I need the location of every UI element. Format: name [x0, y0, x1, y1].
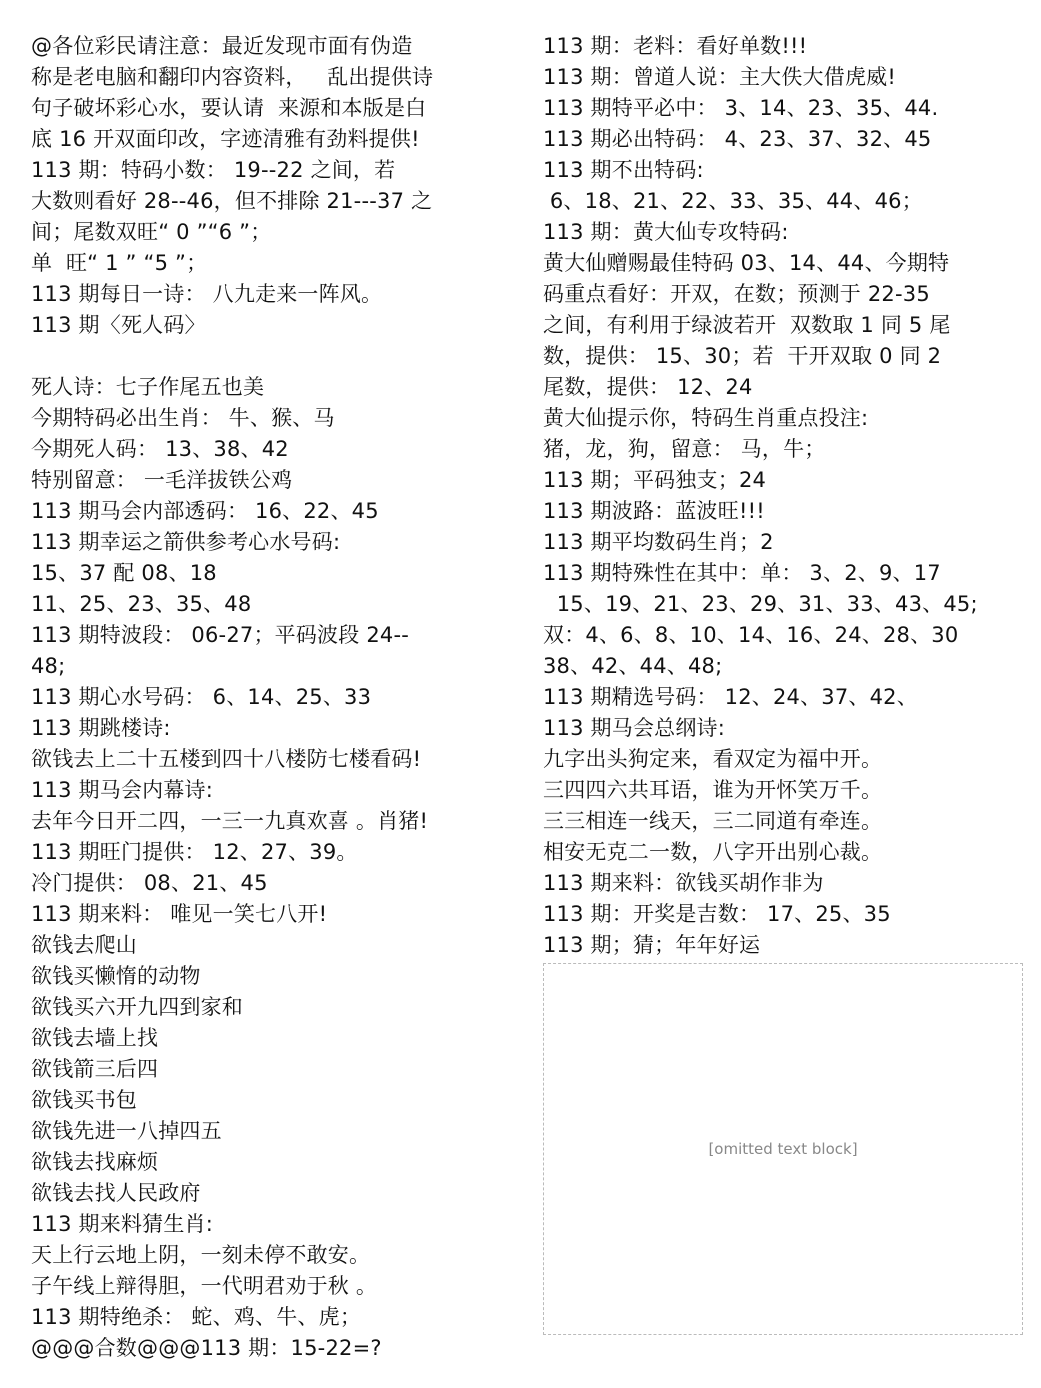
text-line: 欲钱买懒惰的动物 [31, 961, 511, 992]
text-line: 113 期旺门提供： 12、27、39。 [31, 837, 511, 868]
blank-line [31, 341, 511, 372]
text-line: 113 期马会内幕诗: [31, 775, 511, 806]
text-line: 数，提供： 15、30；若 干开双取 0 同 2 [543, 341, 1023, 372]
text-line: 句子破坏彩心水，要认请 来源和本版是白 [31, 93, 511, 124]
text-line: 113 期心水号码： 6、14、25、33 [31, 682, 511, 713]
text-line: 113 期马会总纲诗: [543, 713, 1023, 744]
text-line: 113 期马会内部透码： 16、22、45 [31, 496, 511, 527]
text-line: 三四四六共耳语，谁为开怀笑万千。 [543, 775, 1023, 806]
text-line: 113 期特平必中： 3、14、23、35、44. [543, 93, 1023, 124]
text-line: 欲钱去找麻烦 [31, 1147, 511, 1178]
text-line: 38、42、44、48; [543, 651, 1023, 682]
text-line: 黄大仙提示你，特码生肖重点投注: [543, 403, 1023, 434]
text-line: 113 期平均数码生肖；2 [543, 527, 1023, 558]
text-line: 113 期来料猜生肖: [31, 1209, 511, 1240]
text-line: 间；尾数双旺“ 0 ”“6 ”； [31, 217, 511, 248]
left-column: @各位彩民请注意：最近发现市面有伪造称是老电脑和翻印内容资料， 乱出提供诗句子破… [31, 31, 511, 1364]
text-line: 欲钱先进一八掉四五 [31, 1116, 511, 1147]
text-line: 码重点看好：开双，在数；预测于 22-35 [543, 279, 1023, 310]
text-line: 黄大仙赠赐最佳特码 03、14、44、今期特 [543, 248, 1023, 279]
text-line: 今期死人码： 13、38、42 [31, 434, 511, 465]
text-line: 113 期：黄大仙专攻特码: [543, 217, 1023, 248]
text-line: 113 期特殊性在其中：单： 3、2、9、17 [543, 558, 1023, 589]
text-line: 15、37 配 08、18 [31, 558, 511, 589]
text-line: 三三相连一线天，三二同道有牵连。 [543, 806, 1023, 837]
text-line: 特别留意： 一毛洋拔铁公鸡 [31, 465, 511, 496]
text-line: 113 期特绝杀： 蛇、鸡、牛、虎； [31, 1302, 511, 1333]
text-line: 欲钱去找人民政府 [31, 1178, 511, 1209]
text-line: @@@合数@@@113 期：15-22=? [31, 1333, 511, 1364]
text-line: 今期特码必出生肖： 牛、猴、马 [31, 403, 511, 434]
text-line: 底 16 开双面印改，字迹清雅有劲料提供! [31, 124, 511, 155]
text-line: 113 期波路：蓝波旺!!! [543, 496, 1023, 527]
text-line: 欲钱买六开九四到家和 [31, 992, 511, 1023]
text-line: 48; [31, 651, 511, 682]
text-line: 相安无克二一数，八字开出别心裁。 [543, 837, 1023, 868]
text-line: 猪，龙，狗，留意： 马，牛； [543, 434, 1023, 465]
text-line: 欲钱去上二十五楼到四十八楼防七楼看码! [31, 744, 511, 775]
text-line: 113 期；猜；年年好运 [543, 930, 1023, 961]
text-line: 15、19、21、23、29、31、33、43、45; [543, 589, 1023, 620]
text-line: 尾数，提供： 12、24 [543, 372, 1023, 403]
text-line: 113 期；平码独支；24 [543, 465, 1023, 496]
text-line: 去年今日开二四，一三一九真欢喜 。肖猪! [31, 806, 511, 837]
text-line: 113 期：曾道人说：主大佚大借虎威! [543, 62, 1023, 93]
text-line: 死人诗：七子作尾五也美 [31, 372, 511, 403]
text-line: 称是老电脑和翻印内容资料， 乱出提供诗 [31, 62, 511, 93]
text-line: 113 期：开奖是吉数： 17、25、35 [543, 899, 1023, 930]
text-line: 子午线上辩得胆，一代明君劝于秋 。 [31, 1271, 511, 1302]
text-line: 欲钱去墙上找 [31, 1023, 511, 1054]
text-line: 113 期〈死人码〉 [31, 310, 511, 341]
text-line: 113 期：老料：看好单数!!! [543, 31, 1023, 62]
text-line: 113 期特波段： 06-27；平码波段 24-- [31, 620, 511, 651]
text-line: 113 期幸运之箭供参考心水号码: [31, 527, 511, 558]
text-line: 双：4、6、8、10、14、16、24、28、30 [543, 620, 1023, 651]
omitted-block: [omitted text block] [543, 963, 1023, 1335]
text-line: 11、25、23、35、48 [31, 589, 511, 620]
text-line: 欲钱买书包 [31, 1085, 511, 1116]
text-line: 欲钱箭三后四 [31, 1054, 511, 1085]
text-line: 天上行云地上阴，一刻未停不敢安。 [31, 1240, 511, 1271]
text-line: 113 期来料： 唯见一笑七八开! [31, 899, 511, 930]
text-line: @各位彩民请注意：最近发现市面有伪造 [31, 31, 511, 62]
text-line: 113 期来料：欲钱买胡作非为 [543, 868, 1023, 899]
text-line: 大数则看好 28--46，但不排除 21---37 之 [31, 186, 511, 217]
right-column: 113 期：老料：看好单数!!!113 期：曾道人说：主大佚大借虎威!113 期… [543, 31, 1023, 1335]
text-line: 113 期精选号码： 12、24、37、42、 [543, 682, 1023, 713]
text-line: 欲钱去爬山 [31, 930, 511, 961]
text-line: 九字出头狗定来，看双定为福中开。 [543, 744, 1023, 775]
text-line: 冷门提供： 08、21、45 [31, 868, 511, 899]
text-line: 6、18、21、22、33、35、44、46； [543, 186, 1023, 217]
text-line: 113 期跳楼诗: [31, 713, 511, 744]
text-line: 之间，有利用于绿波若开 双数取 1 同 5 尾 [543, 310, 1023, 341]
text-line: 113 期每日一诗： 八九走来一阵风。 [31, 279, 511, 310]
text-line: 113 期必出特码： 4、23、37、32、45 [543, 124, 1023, 155]
text-line: 单 旺“ 1 ” “5 ”； [31, 248, 511, 279]
text-line: 113 期不出特码: [543, 155, 1023, 186]
text-line: 113 期：特码小数： 19--22 之间，若 [31, 155, 511, 186]
